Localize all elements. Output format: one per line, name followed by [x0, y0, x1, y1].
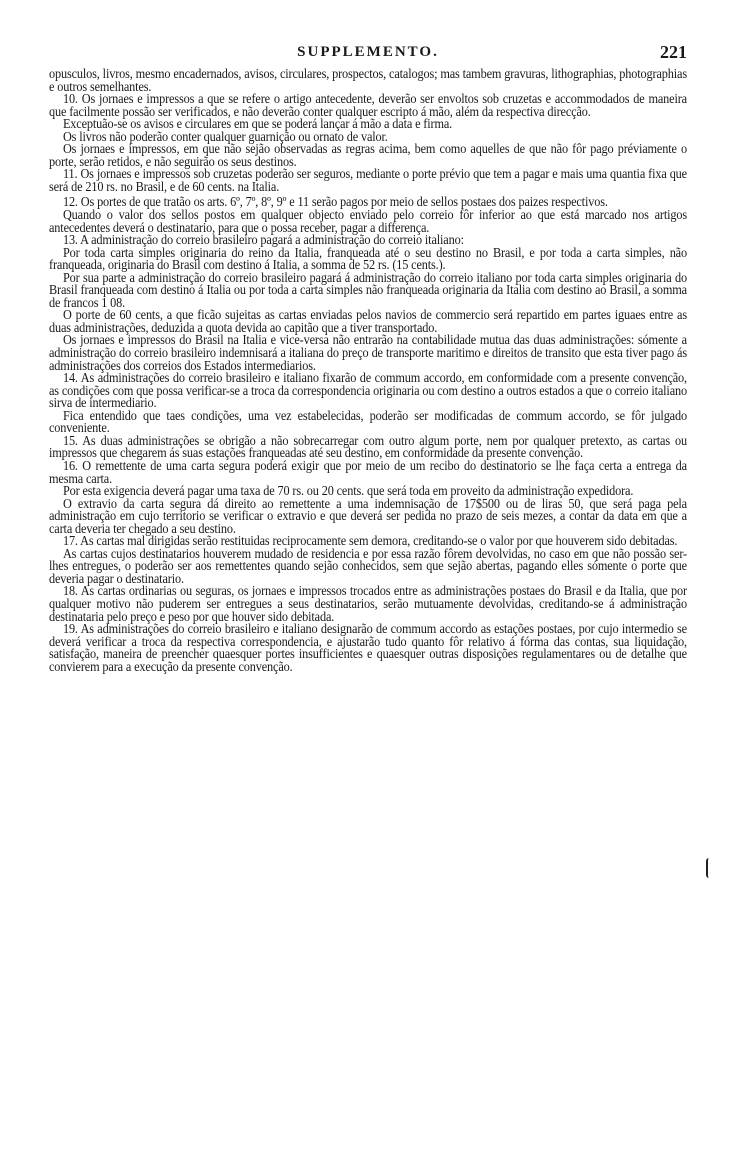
paragraph: 14. As administrações do correio brasile…	[49, 372, 687, 410]
margin-bracket-mark	[706, 858, 711, 878]
paragraph: 15. As duas administrações se obrigão a …	[49, 435, 687, 460]
paragraph: Por sua parte a administração do correio…	[49, 272, 687, 310]
page-header: SUPPLEMENTO. 221	[49, 44, 687, 64]
paragraph: Quando o valor dos sellos postos em qual…	[49, 209, 687, 234]
paragraph: As cartas cujos destinatarios houverem m…	[49, 548, 687, 586]
paragraph: 19. As administrações do correio brasile…	[49, 623, 687, 673]
page-number: 221	[660, 42, 687, 63]
paragraph: O extravio da carta segura dá direito ao…	[49, 498, 687, 536]
paragraph: Os jornaes e impressos, em que não sejão…	[49, 143, 687, 168]
paragraph: 10. Os jornaes e impressos a que se refe…	[49, 93, 687, 118]
paragraph: 16. O remettente de uma carta segura pod…	[49, 460, 687, 485]
paragraph: opusculos, livros, mesmo encadernados, a…	[49, 68, 687, 93]
document-page: SUPPLEMENTO. 221 opusculos, livros, mesm…	[49, 44, 687, 673]
paragraph: 18. As cartas ordinarias ou seguras, os …	[49, 585, 687, 623]
paragraph: 11. Os jornaes e impressos sob cruzetas …	[49, 168, 687, 193]
document-body: opusculos, livros, mesmo encadernados, a…	[49, 68, 687, 673]
paragraph: Fica entendido que taes condições, uma v…	[49, 410, 687, 435]
paragraph: O porte de 60 cents, a que ficão sujeita…	[49, 309, 687, 334]
paragraph: Por toda carta simples originaria do rei…	[49, 247, 687, 272]
paragraph: Os jornaes e impressos do Brasil na Ital…	[49, 334, 687, 372]
running-title: SUPPLEMENTO.	[49, 44, 687, 61]
